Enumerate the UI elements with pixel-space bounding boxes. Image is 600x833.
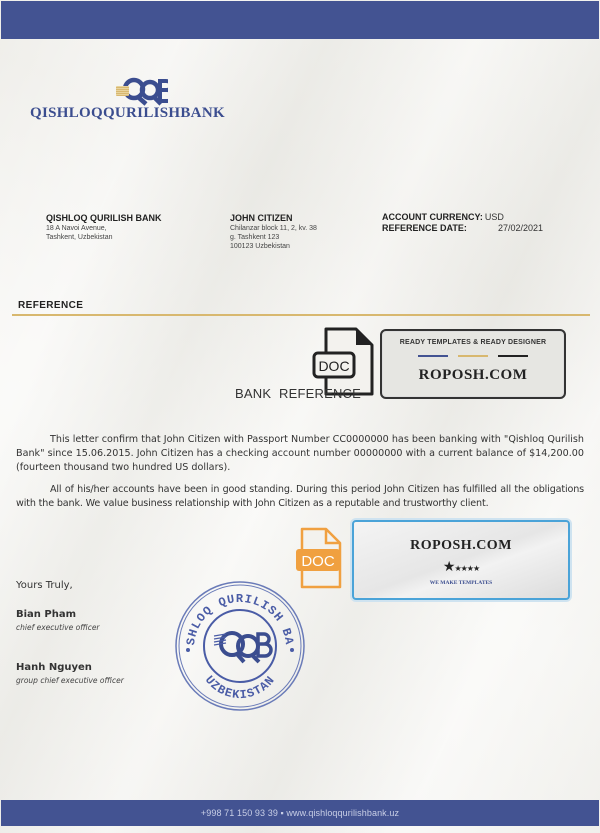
bank-address-line1: 18 A Navoi Avenue, [46,224,162,233]
reference-date-label: REFERENCE DATE: [382,223,498,234]
bank-address-line2: Tashkent, Uzbekistan [46,233,162,242]
reference-date-value: 27/02/2021 [498,223,543,234]
watermark-banner-bottom: ROPOSH.COM ★★★★★ WE MAKE TEMPLATES [352,520,570,600]
bank-name: QISHLOQ QURILISH BANK [46,213,162,224]
logo-chip-icon [116,86,129,96]
document-title: BANK REFERENCE [235,386,361,401]
section-divider [12,314,590,316]
svg-text:DOC: DOC [318,358,349,374]
customer-address-line3: 100123 Uzbekistan [230,242,317,251]
account-info-block: ACCOUNT CURRENCY: USD REFERENCE DATE: 27… [382,212,543,234]
closing-salutation: Yours Truly, [16,580,73,591]
bank-stamp: QISHLOQ QURILISH BANK UZBEKISTAN [172,578,308,714]
signatory-name: Hanh Nguyen [16,662,124,673]
letter-paragraph-2: All of his/her accounts have been in goo… [16,483,584,511]
watermark-banner-top: READY TEMPLATES & READY DESIGNER ROPOSH.… [380,329,566,399]
watermark-brand: ROPOSH.COM [382,367,564,384]
svg-text:UZBEKISTAN: UZBEKISTAN [202,673,278,702]
account-currency-label: ACCOUNT CURRENCY: [382,212,483,223]
svg-text:QISHLOQ QURILISH BANK: QISHLOQ QURILISH BANK [172,578,296,646]
watermark2-brand: ROPOSH.COM [354,538,568,554]
customer-address-line1: Chilanzar block 11, 2, kv. 38 [230,224,317,233]
footer-band: +998 71 150 93 39 ▪ www.qishloqqurilishb… [1,800,599,826]
account-currency-value: USD [485,212,504,223]
section-title: REFERENCE [18,300,83,311]
signatory-role: chief executive officer [16,623,100,632]
watermark2-tagline: WE MAKE TEMPLATES [354,580,568,586]
signatory-1: Bian Pham chief executive officer [16,609,100,632]
customer-name: JOHN CITIZEN [230,213,317,224]
svg-text:DOC: DOC [301,553,335,570]
bank-logo: QISHLOQQURILISHBANK [28,75,228,125]
customer-address-block: JOHN CITIZEN Chilanzar block 11, 2, kv. … [230,213,317,251]
letter-paragraph-1: This letter confirm that John Citizen wi… [16,433,584,475]
watermark-tagline: READY TEMPLATES & READY DESIGNER [382,339,564,346]
bank-logo-name: QISHLOQQURILISHBANK [30,105,225,122]
bank-address-block: QISHLOQ QURILISH BANK 18 A Navoi Avenue,… [46,213,162,242]
footer-contact: +998 71 150 93 39 ▪ www.qishloqqurilishb… [201,808,399,818]
watermark2-stars: ★★★★★ [354,558,568,575]
signatory-2: Hanh Nguyen group chief executive office… [16,662,124,685]
watermark-color-bars [382,355,564,357]
reference-date-row: REFERENCE DATE: 27/02/2021 [382,223,543,234]
customer-address-line2: g. Tashkent 123 [230,233,317,242]
signatory-role: group chief executive officer [16,676,124,685]
account-currency-row: ACCOUNT CURRENCY: USD [382,212,543,223]
header-band [1,1,599,39]
signatory-name: Bian Pham [16,609,100,620]
